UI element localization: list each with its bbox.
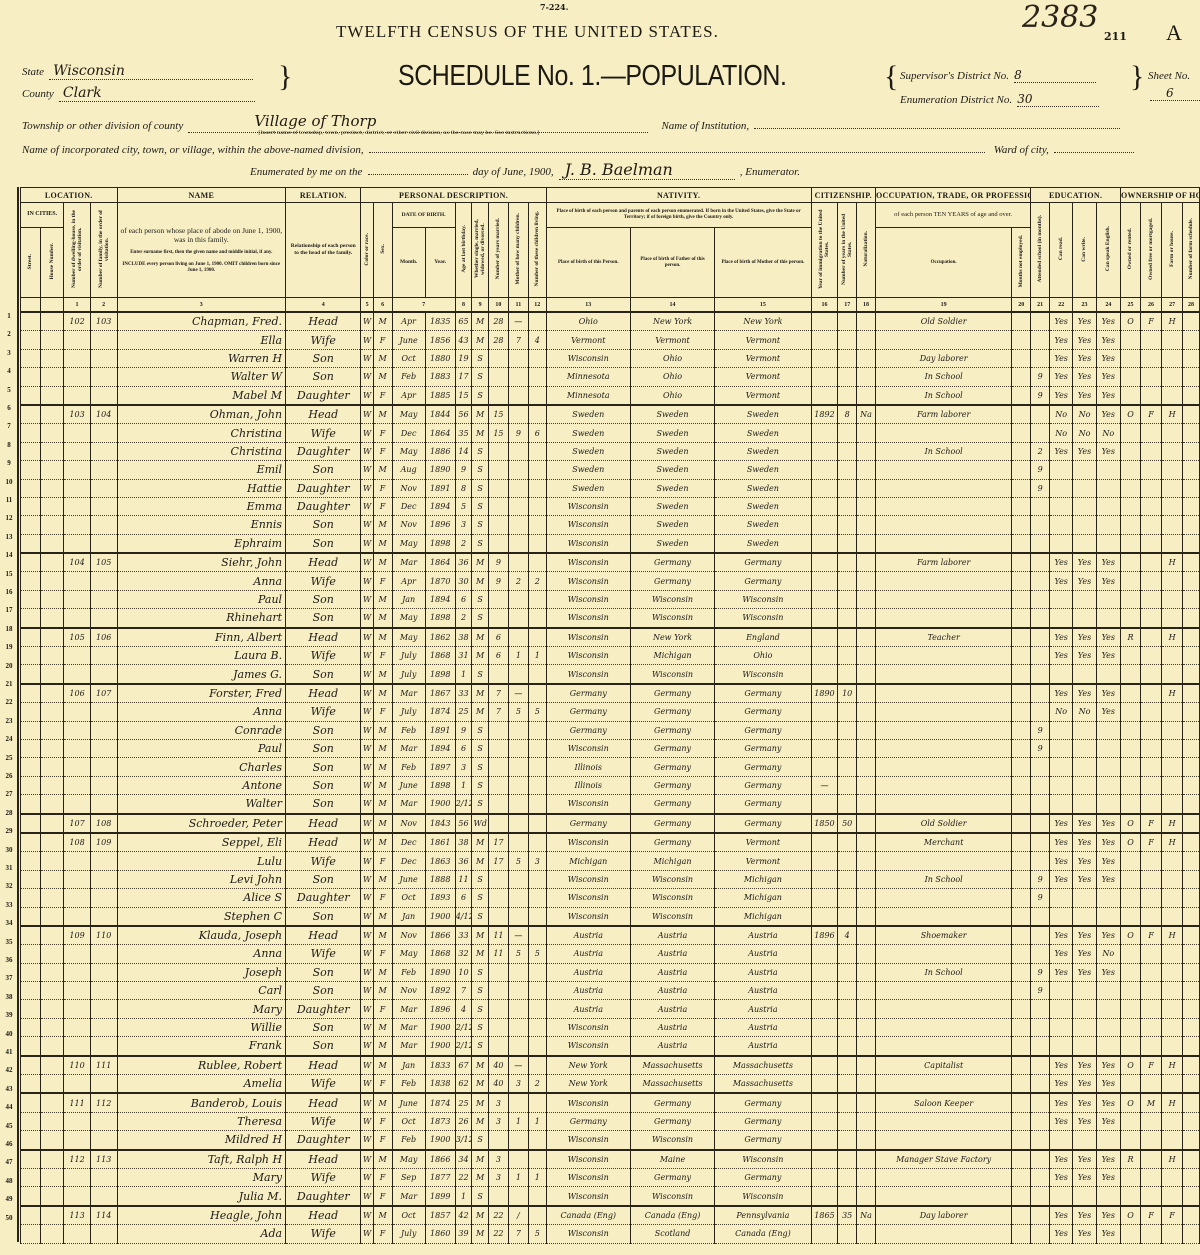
cell-father: Sweden: [630, 405, 714, 424]
cell-month: July: [392, 647, 425, 665]
cell-sex: M: [373, 982, 392, 1000]
cell-school: 9: [1031, 982, 1050, 1000]
cell-name: Heagle, John: [117, 1206, 286, 1225]
table-row: 102103Chapman, Fred.HeadWMApr183565M28—O…: [21, 312, 1200, 331]
cell-farm: [1162, 1075, 1183, 1094]
cell-married: [488, 534, 508, 553]
cell-married: 40: [488, 1056, 508, 1075]
cell-unemp: [1012, 926, 1031, 945]
cell-imm: [811, 1131, 838, 1150]
cell-married: [488, 516, 508, 534]
cell-nat: [857, 1168, 876, 1186]
cell-color: W: [361, 331, 373, 349]
cell-empty: [40, 703, 63, 721]
cell-own: O: [1121, 926, 1141, 945]
cell-living: [528, 721, 546, 739]
cell-mother-birth: Sweden: [715, 442, 811, 460]
cell-age: 7: [455, 982, 472, 1000]
cell-family: 103: [90, 312, 117, 331]
cell-dwelling: [64, 1225, 91, 1243]
table-row: Alice SDaughterWFOct18936SWisconsinWisco…: [21, 889, 1200, 907]
cell-color: W: [361, 814, 373, 833]
cell-unemp: [1012, 386, 1031, 405]
cell-month: Mar: [392, 1018, 425, 1036]
cell-color: W: [361, 1056, 373, 1075]
cell-empty: [21, 1206, 41, 1225]
cell-father: Wisconsin: [630, 1187, 714, 1206]
cell-occ: In School: [875, 368, 1011, 386]
cell-write: Yes: [1073, 312, 1096, 331]
cell-unemp: [1012, 1056, 1031, 1075]
cell-birth: Wisconsin: [546, 739, 630, 757]
cell-yrs: [838, 852, 857, 870]
cell-mother-birth: Michigan: [715, 870, 811, 888]
cell-relation: Head: [286, 814, 361, 833]
cell-month: July: [392, 665, 425, 684]
cell-unemp: [1012, 628, 1031, 647]
cell-family: [90, 497, 117, 515]
cell-mother-birth: Vermont: [715, 852, 811, 870]
cell-living: [528, 907, 546, 926]
cell-married: [488, 963, 508, 981]
cell-occ: Day laborer: [875, 349, 1011, 367]
cell-school: [1031, 1093, 1050, 1112]
cell-free: [1140, 684, 1161, 703]
day-label: day of June, 1900,: [473, 166, 554, 178]
cell-month: Jan: [392, 1056, 425, 1075]
cell-farm: [1162, 963, 1183, 981]
cell-school: [1031, 609, 1050, 628]
enumeration-district-field: Enumeration District No. 30: [900, 88, 1140, 107]
cell-farm: [1162, 1225, 1183, 1243]
cell-age: 6: [455, 739, 472, 757]
cell-english: Yes: [1096, 331, 1120, 349]
cell-mother: 1: [508, 1168, 528, 1186]
cell-married: [488, 721, 508, 739]
cell-father: Canada (Eng): [630, 1206, 714, 1225]
cell-occ: [875, 945, 1011, 963]
cell-read: No: [1050, 703, 1073, 721]
cell-unemp: [1012, 1206, 1031, 1225]
cell-living: [528, 982, 546, 1000]
header-can-write: Can write.: [1073, 203, 1096, 298]
cell-dwelling: 105: [64, 628, 91, 647]
line-number: 43: [0, 1085, 18, 1093]
cell-empty: [1183, 1018, 1200, 1036]
cell-name: Paul: [117, 590, 286, 608]
cell-unemp: [1012, 331, 1031, 349]
cell-empty: [21, 534, 41, 553]
cell-family: 111: [90, 1056, 117, 1075]
cell-imm: [811, 534, 838, 553]
cell-free: [1140, 945, 1161, 963]
cell-year: 1893: [425, 889, 455, 907]
cell-relation: Wife: [286, 572, 361, 590]
cell-english: Yes: [1096, 852, 1120, 870]
cell-dwelling: [64, 963, 91, 981]
cell-year: 1900: [425, 907, 455, 926]
cell-mother-birth: Ohio: [715, 647, 811, 665]
cell-nat: [857, 1056, 876, 1075]
cell-write: Yes: [1073, 684, 1096, 703]
cell-empty: [40, 461, 63, 479]
cell-age: 38: [455, 833, 472, 852]
cell-occ: [875, 665, 1011, 684]
line-number: 18: [0, 625, 18, 633]
cell-living: [528, 684, 546, 703]
cell-color: W: [361, 312, 373, 331]
cell-sex: M: [373, 1206, 392, 1225]
cell-empty: [40, 1037, 63, 1056]
cell-sex: M: [373, 628, 392, 647]
cell-year: 1891: [425, 479, 455, 497]
cell-own: [1121, 368, 1141, 386]
cell-mother: 7: [508, 331, 528, 349]
cell-write: Yes: [1073, 852, 1096, 870]
cell-marital: M: [472, 684, 489, 703]
cell-read: [1050, 534, 1073, 553]
cell-sex: F: [373, 647, 392, 665]
cell-dwelling: [64, 647, 91, 665]
cell-mother-birth: Austria: [715, 1000, 811, 1018]
cell-empty: [21, 1056, 41, 1075]
cell-father: Germany: [630, 1112, 714, 1130]
cell-read: [1050, 665, 1073, 684]
cell-name: Mabel M: [117, 386, 286, 405]
line-number: 38: [0, 993, 18, 1001]
cell-school: 9: [1031, 479, 1050, 497]
cell-age: 26: [455, 1112, 472, 1130]
cell-marital: S: [472, 609, 489, 628]
cell-english: [1096, 534, 1120, 553]
cell-imm: [811, 590, 838, 608]
table-row: 107108Schroeder, PeterHeadWMNov184356WdG…: [21, 814, 1200, 833]
cell-english: Yes: [1096, 1206, 1120, 1225]
cell-living: [528, 776, 546, 794]
cell-month: Mar: [392, 684, 425, 703]
cell-farm: F: [1162, 1206, 1183, 1225]
cell-sex: F: [373, 1168, 392, 1186]
cell-color: W: [361, 758, 373, 776]
cell-mother: —: [508, 312, 528, 331]
cell-school: [1031, 534, 1050, 553]
cell-unemp: [1012, 852, 1031, 870]
cell-mother: [508, 1187, 528, 1206]
cell-living: [528, 405, 546, 424]
table-row: 104105Siehr, JohnHeadWMMar186436M9Wiscon…: [21, 553, 1200, 572]
table-row: AnnaWifeWFMay186832M1155AustriaAustriaAu…: [21, 945, 1200, 963]
cell-mother: [508, 405, 528, 424]
cell-color: W: [361, 1075, 373, 1094]
cell-empty: [1183, 739, 1200, 757]
cell-mother: /: [508, 1206, 528, 1225]
cell-year: 1885: [425, 386, 455, 405]
cell-family: [90, 1131, 117, 1150]
cell-english: Yes: [1096, 684, 1120, 703]
cell-relation: Son: [286, 721, 361, 739]
header-nativity: NATIVITY.: [546, 188, 811, 203]
cell-empty: [21, 703, 41, 721]
cell-dwelling: [64, 721, 91, 739]
cell-nat: [857, 776, 876, 794]
cell-farm: [1162, 442, 1183, 460]
cell-color: W: [361, 349, 373, 367]
cell-name: Mary: [117, 1000, 286, 1018]
cell-name: James G.: [117, 665, 286, 684]
cell-married: [488, 814, 508, 833]
cell-sex: M: [373, 758, 392, 776]
cell-yrs: [838, 479, 857, 497]
cell-own: [1121, 647, 1141, 665]
cell-yrs: [838, 1093, 857, 1112]
cell-dwelling: [64, 703, 91, 721]
cell-marital: S: [472, 461, 489, 479]
cell-read: [1050, 907, 1073, 926]
cell-read: [1050, 1187, 1073, 1206]
cell-month: Mar: [392, 1037, 425, 1056]
cell-own: [1121, 665, 1141, 684]
cell-imm: [811, 982, 838, 1000]
cell-living: 5: [528, 703, 546, 721]
cell-father: Ohio: [630, 349, 714, 367]
cell-read: [1050, 776, 1073, 794]
cell-read: Yes: [1050, 331, 1073, 349]
cell-empty: [40, 945, 63, 963]
header-marital: Whether single, married, widowed, or div…: [472, 203, 489, 298]
cell-month: Mar: [392, 1000, 425, 1018]
cell-english: Yes: [1096, 386, 1120, 405]
cell-empty: [40, 331, 63, 349]
enumerator-value: J. B. Baelman: [559, 160, 735, 180]
cell-empty: [21, 516, 41, 534]
cell-name: Paul: [117, 739, 286, 757]
enumerated-label: Enumerated by me on the: [250, 166, 362, 178]
cell-english: [1096, 795, 1120, 814]
cell-color: W: [361, 1206, 373, 1225]
state-value: Wisconsin: [49, 63, 253, 80]
cell-living: [528, 1187, 546, 1206]
cell-dwelling: 104: [64, 553, 91, 572]
cell-living: [528, 386, 546, 405]
cell-mother-birth: Germany: [715, 1112, 811, 1130]
header-immigration-year: Year of immigration to the United States…: [811, 203, 838, 298]
cell-occ: [875, 1037, 1011, 1056]
cell-father: Germany: [630, 553, 714, 572]
cell-school: [1031, 424, 1050, 442]
cell-dwelling: [64, 497, 91, 515]
cell-school: [1031, 590, 1050, 608]
cell-living: [528, 534, 546, 553]
cell-own: O: [1121, 405, 1141, 424]
cell-english: [1096, 982, 1120, 1000]
cell-school: [1031, 331, 1050, 349]
cell-marital: Wd: [472, 814, 489, 833]
cell-age: 2: [455, 609, 472, 628]
cell-age: 39: [455, 1225, 472, 1243]
cell-empty: [1183, 628, 1200, 647]
cell-living: [528, 963, 546, 981]
cell-nat: [857, 907, 876, 926]
cell-farm: [1162, 982, 1183, 1000]
cell-birth: Sweden: [546, 442, 630, 460]
cell-color: W: [361, 1150, 373, 1169]
cell-own: [1121, 1075, 1141, 1094]
table-row: PaulSonWMJan18946SWisconsinWisconsinWisc…: [21, 590, 1200, 608]
cell-free: [1140, 1187, 1161, 1206]
cell-relation: Wife: [286, 703, 361, 721]
cell-yrs: [838, 424, 857, 442]
cell-living: [528, 553, 546, 572]
cell-family: [90, 368, 117, 386]
cell-school: [1031, 1187, 1050, 1206]
cell-unemp: [1012, 1000, 1031, 1018]
cell-dwelling: [64, 609, 91, 628]
cell-nat: [857, 703, 876, 721]
cell-write: Yes: [1073, 1075, 1096, 1094]
cell-color: W: [361, 442, 373, 460]
cell-empty: [40, 926, 63, 945]
table-row: 110111Rublee, RobertHeadWMJan183367M40—N…: [21, 1056, 1200, 1075]
cell-sex: M: [373, 368, 392, 386]
cell-school: [1031, 907, 1050, 926]
cell-free: [1140, 665, 1161, 684]
cell-living: [528, 479, 546, 497]
cell-read: Yes: [1050, 833, 1073, 852]
cell-school: [1031, 516, 1050, 534]
cell-age: 9: [455, 721, 472, 739]
cell-english: [1096, 497, 1120, 515]
cell-relation: Son: [286, 1018, 361, 1036]
cell-sex: F: [373, 1000, 392, 1018]
cell-farm: [1162, 609, 1183, 628]
cell-occ: Capitalist: [875, 1056, 1011, 1075]
cell-married: [488, 1037, 508, 1056]
table-row: AmeliaWifeWFFeb183862M4032New YorkMassac…: [21, 1075, 1200, 1094]
table-row: MaryDaughterWFMar18964SAustriaAustriaAus…: [21, 1000, 1200, 1018]
cell-nat: [857, 684, 876, 703]
cell-occ: In School: [875, 870, 1011, 888]
cell-relation: Son: [286, 461, 361, 479]
line-number: 23: [0, 717, 18, 725]
cell-imm: [811, 833, 838, 852]
cell-empty: [1183, 534, 1200, 553]
cell-relation: Son: [286, 758, 361, 776]
cell-read: [1050, 758, 1073, 776]
cell-imm: 1896: [811, 926, 838, 945]
cell-name: Walter: [117, 795, 286, 814]
cell-farm: H: [1162, 312, 1183, 331]
cell-month: May: [392, 628, 425, 647]
cell-month: May: [392, 405, 425, 424]
cell-farm: [1162, 703, 1183, 721]
cell-color: W: [361, 703, 373, 721]
cell-imm: [811, 889, 838, 907]
cell-family: [90, 665, 117, 684]
cell-imm: [811, 424, 838, 442]
cell-yrs: [838, 870, 857, 888]
header-year: Year.: [425, 228, 455, 298]
cell-year: 1900: [425, 795, 455, 814]
cell-empty: [21, 1037, 41, 1056]
cell-month: June: [392, 1093, 425, 1112]
cell-name: Mary: [117, 1168, 286, 1186]
cell-empty: [21, 609, 41, 628]
cell-own: [1121, 497, 1141, 515]
cell-school: [1031, 553, 1050, 572]
cell-relation: Wife: [286, 1168, 361, 1186]
cell-empty: [40, 497, 63, 515]
cell-yrs: 35: [838, 1206, 857, 1225]
cell-imm: [811, 461, 838, 479]
cell-school: [1031, 1112, 1050, 1130]
cell-relation: Daughter: [286, 442, 361, 460]
cell-relation: Son: [286, 534, 361, 553]
cell-father: Sweden: [630, 534, 714, 553]
cell-name: Lulu: [117, 852, 286, 870]
cell-month: Mar: [392, 553, 425, 572]
cell-father: Wisconsin: [630, 907, 714, 926]
supervisor-field: Supervisor's District No. 8: [900, 64, 1140, 83]
cell-free: [1140, 424, 1161, 442]
cell-own: O: [1121, 814, 1141, 833]
cell-relation: Head: [286, 1093, 361, 1112]
cell-age: 5: [455, 497, 472, 515]
cell-living: 4: [528, 331, 546, 349]
cell-mother: [508, 609, 528, 628]
cell-read: Yes: [1050, 628, 1073, 647]
cell-marital: M: [472, 553, 489, 572]
cell-age: 9: [455, 461, 472, 479]
cell-occ: [875, 776, 1011, 794]
cell-empty: [40, 963, 63, 981]
line-number: 12: [0, 514, 18, 522]
cell-english: [1096, 1131, 1120, 1150]
cell-sex: M: [373, 907, 392, 926]
cell-birth: Wisconsin: [546, 665, 630, 684]
cell-farm: [1162, 1112, 1183, 1130]
header-family-number: Number of family, in the order of visita…: [90, 203, 117, 298]
cell-write: [1073, 1000, 1096, 1018]
cell-year: 1864: [425, 424, 455, 442]
cell-own: O: [1121, 1093, 1141, 1112]
cell-free: [1140, 739, 1161, 757]
cell-yrs: [838, 590, 857, 608]
cell-farm: [1162, 1168, 1183, 1186]
cell-marital: S: [472, 758, 489, 776]
cell-nat: [857, 609, 876, 628]
line-number: 49: [0, 1195, 18, 1203]
cell-nat: [857, 312, 876, 331]
cell-mother: 5: [508, 945, 528, 963]
line-number: 24: [0, 735, 18, 743]
cell-own: [1121, 1131, 1141, 1150]
cell-name: Levi John: [117, 870, 286, 888]
cell-write: Yes: [1073, 945, 1096, 963]
cell-empty: [1183, 572, 1200, 590]
cell-occ: [875, 758, 1011, 776]
header-dwelling-number: Number of dwelling-house, in the order o…: [64, 203, 91, 298]
cell-birth: Wisconsin: [546, 833, 630, 852]
cell-dwelling: [64, 1131, 91, 1150]
cell-dwelling: [64, 758, 91, 776]
cell-birth: Wisconsin: [546, 1131, 630, 1150]
cell-empty: [21, 647, 41, 665]
cell-month: Nov: [392, 982, 425, 1000]
cell-marital: S: [472, 497, 489, 515]
cell-empty: [21, 945, 41, 963]
cell-year: 1874: [425, 703, 455, 721]
cell-yrs: [838, 516, 857, 534]
